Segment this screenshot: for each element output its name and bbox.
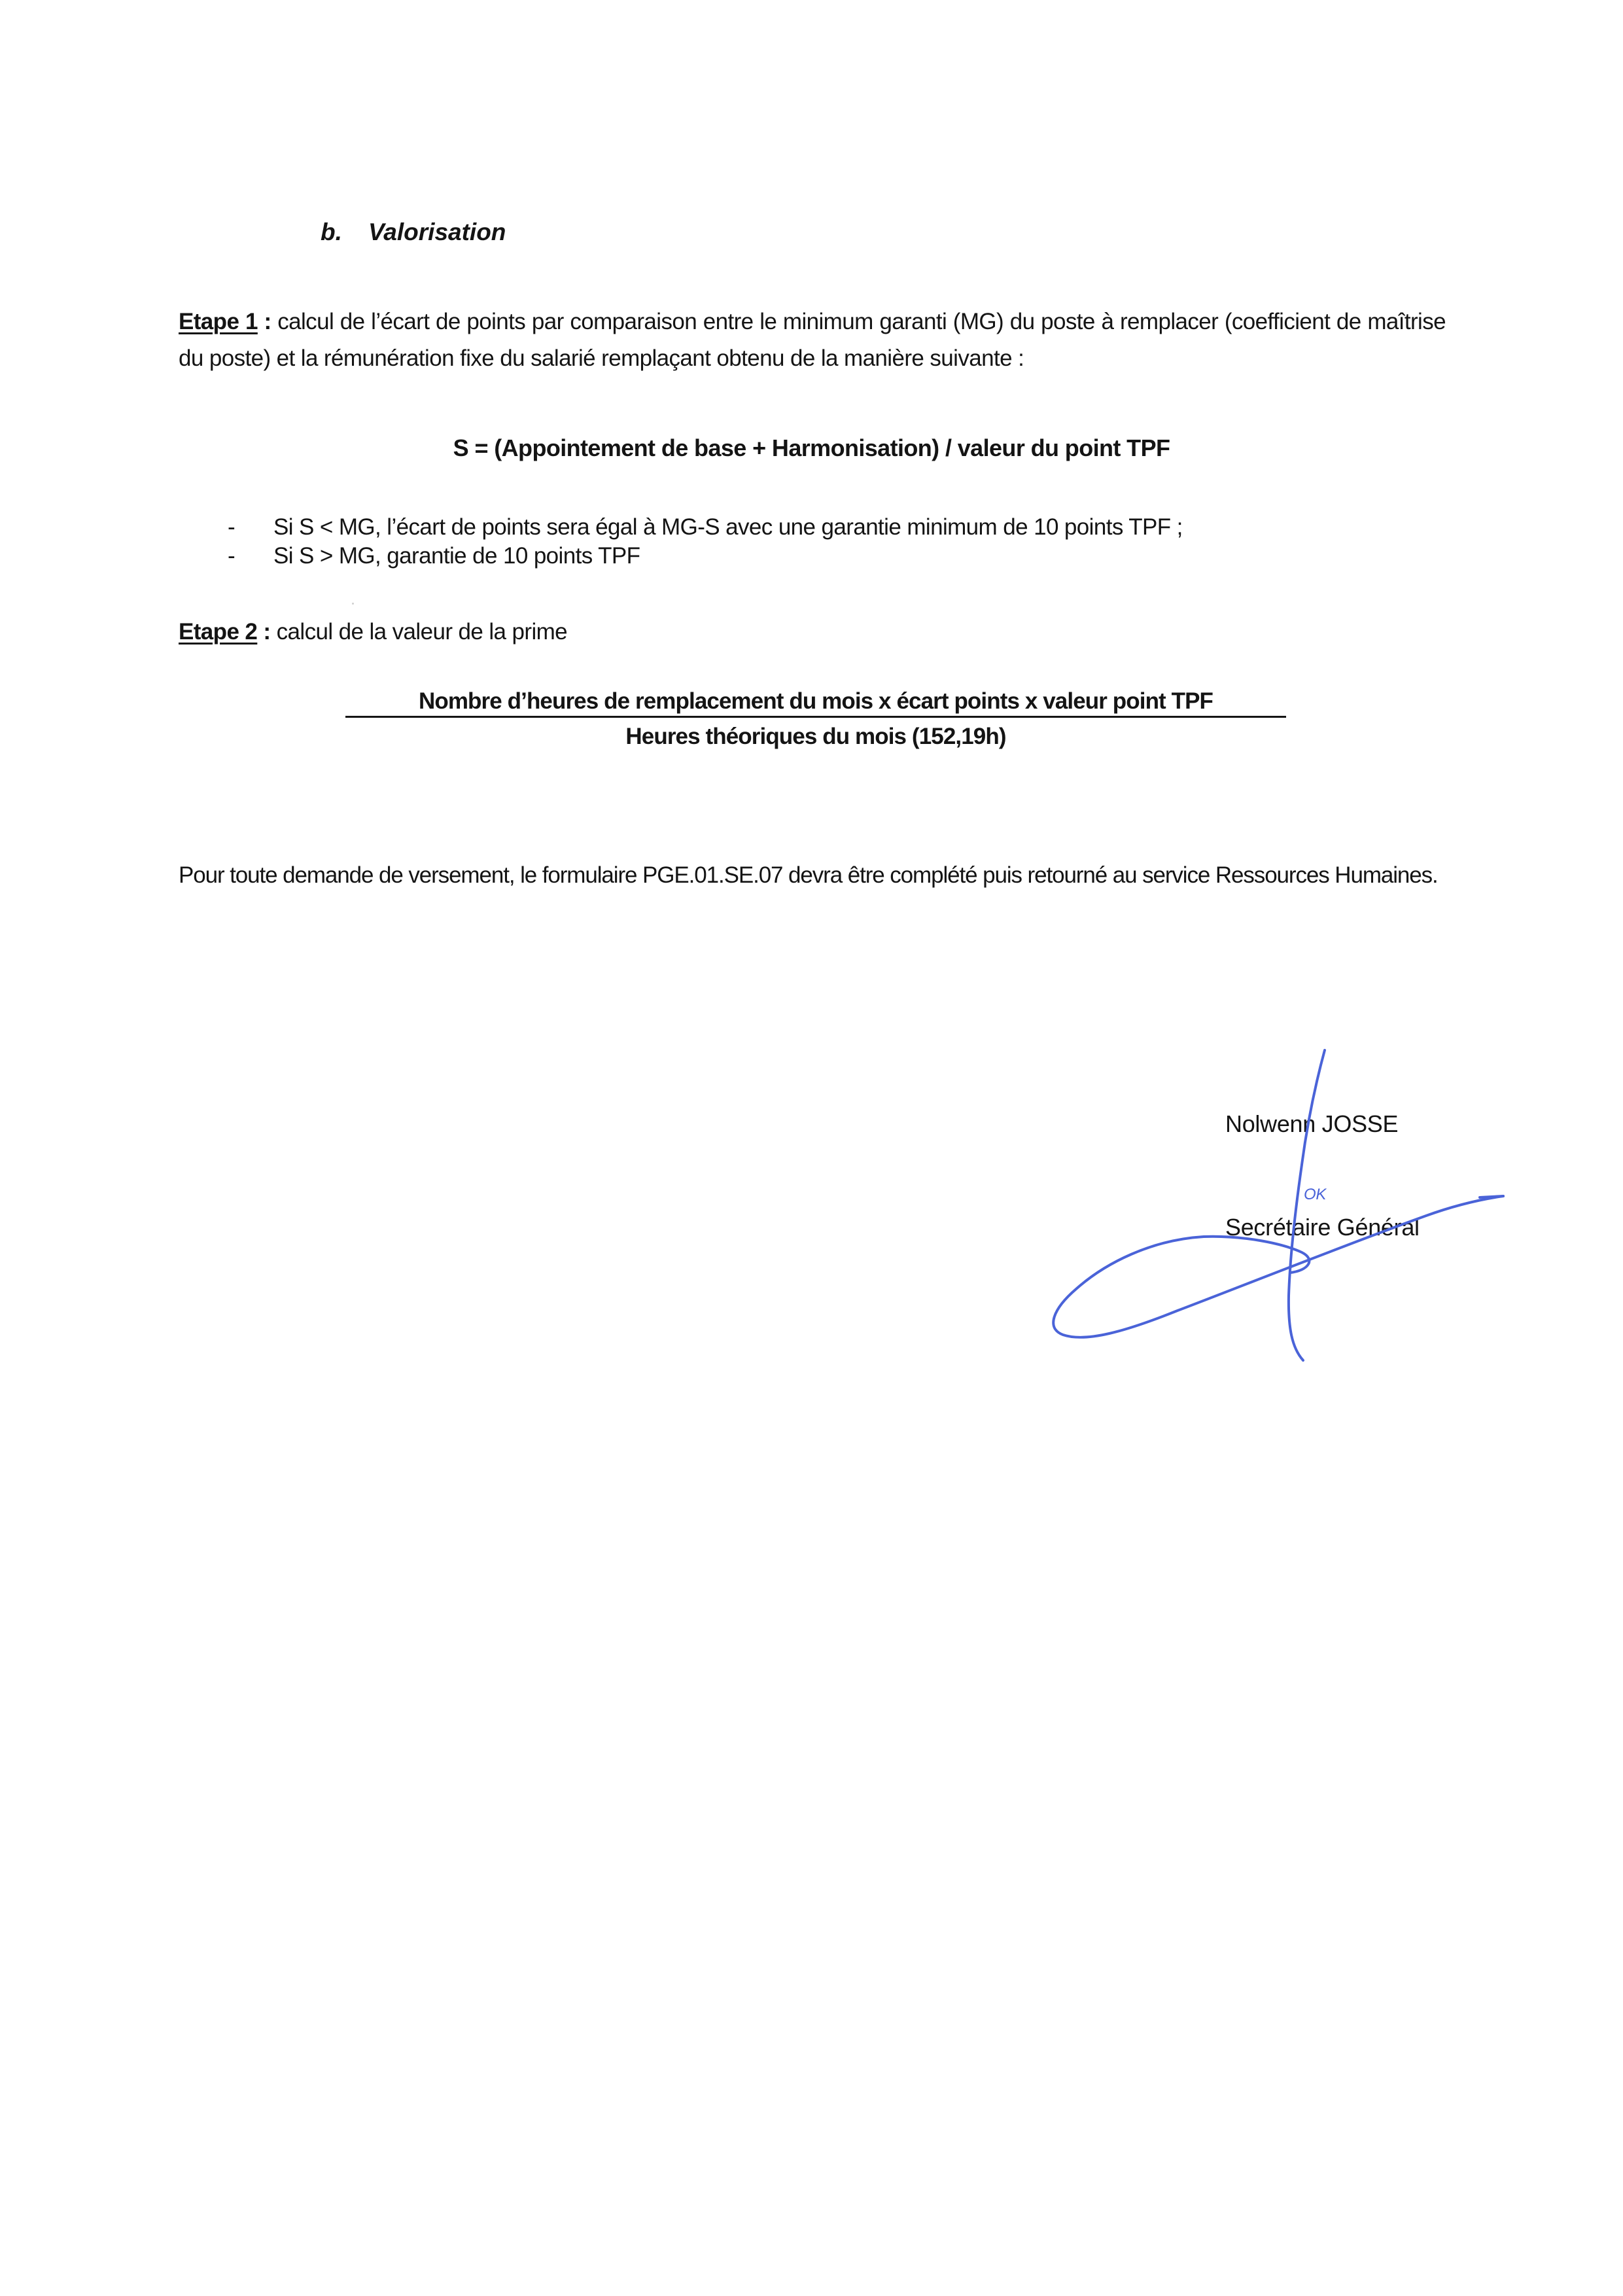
section-number: b. [321, 219, 368, 246]
etape1-label: Etape 1 [179, 309, 258, 334]
etape1-text: calcul de l’écart de points par comparai… [179, 309, 1446, 371]
bullet-text: Si S < MG, l’écart de points sera égal à… [273, 514, 1183, 540]
bullet-item: - Si S < MG, l’écart de points sera égal… [0, 514, 1623, 547]
section-heading: b.Valorisation [321, 219, 506, 246]
etape2-paragraph: Etape 2 : calcul de la valeur de la prim… [179, 614, 1446, 650]
etape2-label: Etape 2 [179, 619, 257, 645]
scan-speck [352, 603, 354, 605]
signature-strokes [1053, 1050, 1503, 1360]
bullet-marker: - [228, 543, 235, 569]
prime-formula-numerator: Nombre d’heures de remplacement du mois … [345, 687, 1286, 718]
etape1-paragraph: Etape 1 : calcul de l’écart de points pa… [179, 304, 1446, 377]
signatory-name: Nolwenn JOSSE [1225, 1110, 1398, 1138]
handwritten-ok-note: OK [1304, 1186, 1326, 1204]
prime-formula-denominator: Heures théoriques du mois (152,19h) [345, 722, 1286, 751]
s-formula: S = (Appointement de base + Harmonisatio… [0, 434, 1623, 462]
bullet-text: Si S > MG, garantie de 10 points TPF [273, 543, 640, 569]
etape2-text: calcul de la valeur de la prime [277, 619, 567, 645]
closing-paragraph: Pour toute demande de versement, le form… [179, 857, 1446, 894]
etape2-separator: : [257, 619, 276, 645]
etape1-separator: : [258, 309, 277, 334]
signatory-role: Secrétaire Général [1225, 1214, 1420, 1241]
section-title: Valorisation [368, 219, 506, 245]
bullet-marker: - [228, 514, 235, 540]
bullet-item: - Si S > MG, garantie de 10 points TPF [0, 543, 1623, 576]
